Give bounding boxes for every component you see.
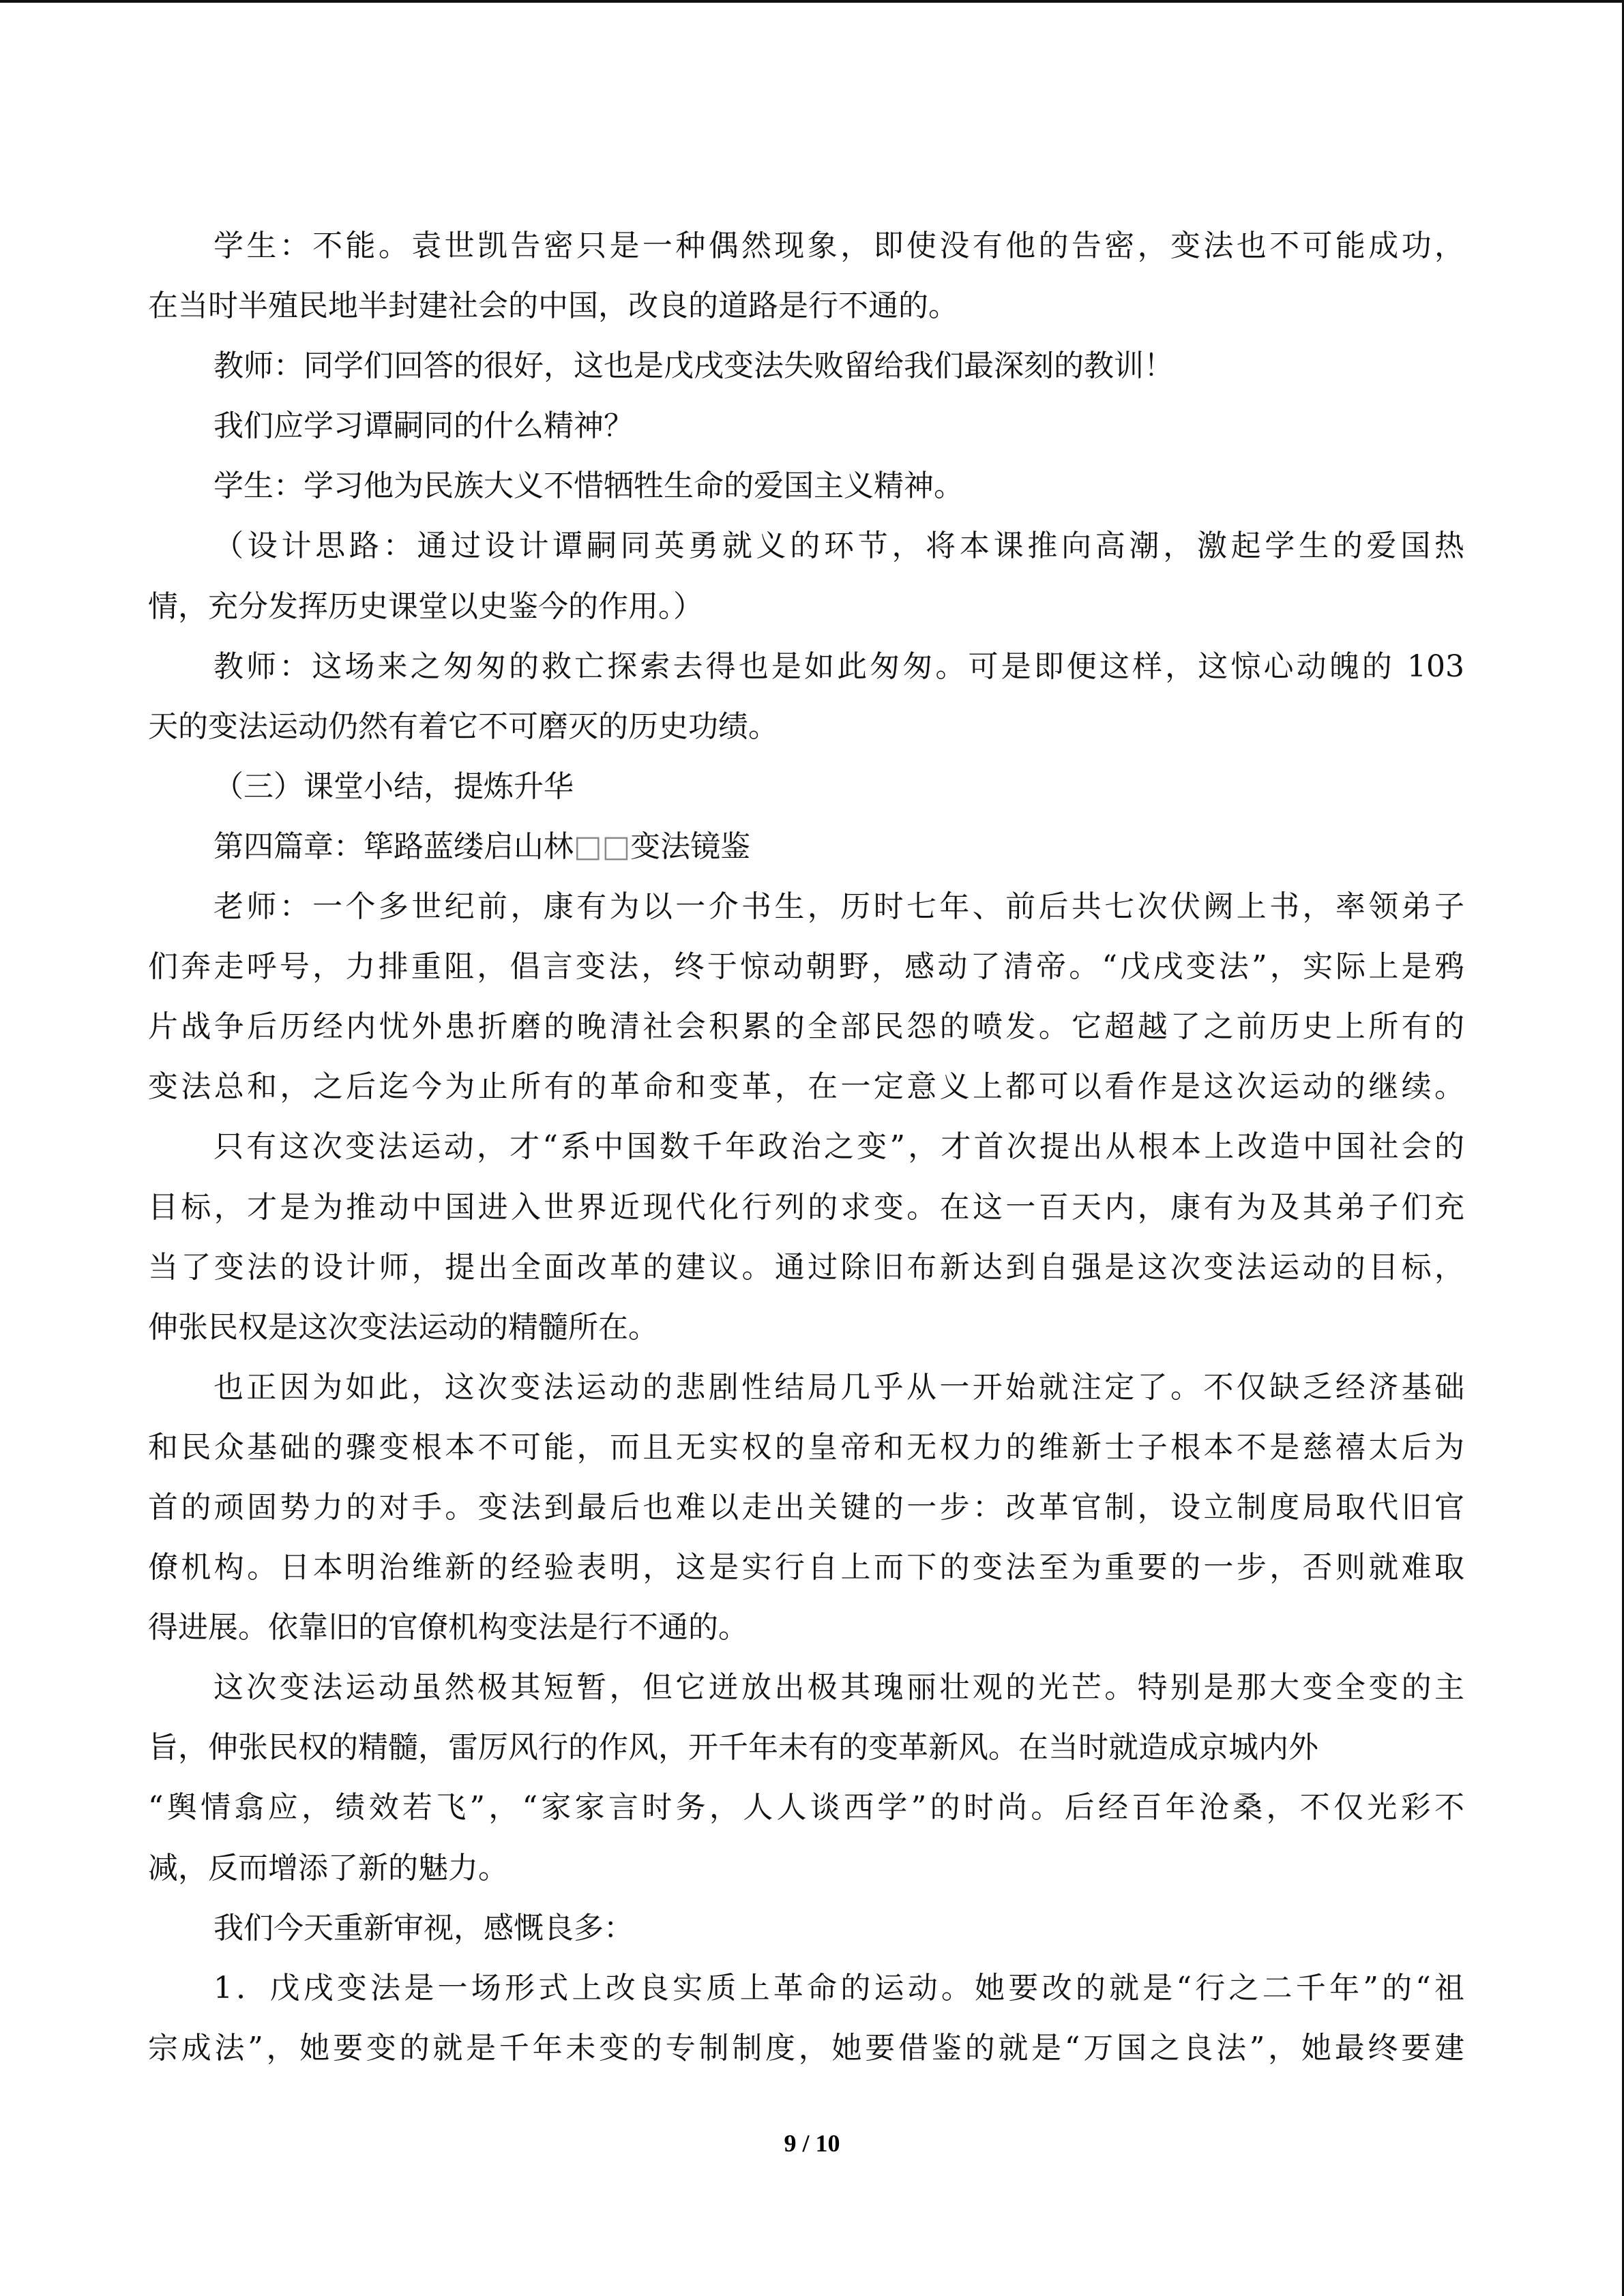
text-line: 变法总和，之后迄今为止所有的革命和变革，在一定意义上都可以看作是这次运动的继续。 xyxy=(148,1057,1464,1117)
line-text: 1．戊戌变法是一场形式上改良实质上革命的运动。她要改的就是“行之二千年”的“祖 xyxy=(213,1971,1464,2006)
text-line: （设计思路：通过设计谭嗣同英勇就义的环节，将本课推向高潮，激起学生的爱国热 xyxy=(148,516,1464,576)
line-text: 也正因为如此，这次变法运动的悲剧性结局几乎从一开始就注定了。不仅缺乏经济基础 xyxy=(213,1370,1464,1405)
text-line: 学生：不能。袁世凯告密只是一种偶然现象，即使没有他的告密，变法也不可能成功， xyxy=(148,216,1464,276)
text-line: 情，充分发挥历史课堂以史鉴今的作用。） xyxy=(148,577,1464,637)
line-text: 片战争后历经内忧外患折磨的晚清社会积累的全部民怨的喷发。它超越了之前历史上所有的 xyxy=(148,1009,1464,1044)
line-text: （三）课堂小结，提炼升华 xyxy=(213,769,574,804)
line-text: 宗成法”，她要变的就是千年未变的专制制度，她要借鉴的就是“万国之良法”，她最终要… xyxy=(148,2031,1464,2066)
text-line: 这次变法运动虽然极其短暂，但它迸放出极其瑰丽壮观的光芒。特别是那大变全变的主 xyxy=(148,1658,1464,1718)
text-line: （三）课堂小结，提炼升华 xyxy=(148,757,1464,817)
line-text: 得进展。依靠旧的官僚机构变法是行不通的。 xyxy=(148,1610,748,1645)
text-line: 只有这次变法运动，才“系中国数千年政治之变”，才首次提出从根本上改造中国社会的 xyxy=(148,1117,1464,1177)
text-line: 减，反而增添了新的魅力。 xyxy=(148,1838,1464,1898)
text-line: 们奔走呼号，力排重阻，倡言变法，终于惊动朝野，感动了清帝。“戊戌变法”，实际上是… xyxy=(148,937,1464,997)
text-line: 学生：学习他为民族大义不惜牺牲生命的爱国主义精神。 xyxy=(148,456,1464,516)
text-line: 宗成法”，她要变的就是千年未变的专制制度，她要借鉴的就是“万国之良法”，她最终要… xyxy=(148,2018,1464,2078)
text-line: 伸张民权是这次变法运动的精髓所在。 xyxy=(148,1298,1464,1358)
line-text: 首的顽固势力的对手。变法到最后也难以走出关键的一步：改革官制，设立制度局取代旧官 xyxy=(148,1490,1464,1525)
line-text: 目标，才是为推动中国进入世界近现代化行列的求变。在这一百天内，康有为及其弟子们充 xyxy=(148,1190,1464,1225)
text-line: 天的变法运动仍然有着它不可磨灭的历史功绩。 xyxy=(148,697,1464,757)
line-text: 我们今天重新审视，感慨良多： xyxy=(213,1911,634,1945)
text-line: 在当时半殖民地半封建社会的中国，改良的道路是行不通的。 xyxy=(148,276,1464,336)
text-line: 1．戊戌变法是一场形式上改良实质上革命的运动。她要改的就是“行之二千年”的“祖 xyxy=(148,1958,1464,2018)
body-text: 学生：不能。袁世凯告密只是一种偶然现象，即使没有他的告密，变法也不可能成功，在当… xyxy=(148,216,1464,2078)
line-text: 教师：同学们回答的很好，这也是戊戌变法失败留给我们最深刻的教训！ xyxy=(213,348,1174,383)
line-text: 减，反而增添了新的魅力。 xyxy=(148,1851,508,1885)
text-line: 目标，才是为推动中国进入世界近现代化行列的求变。在这一百天内，康有为及其弟子们充 xyxy=(148,1178,1464,1238)
missing-glyph-box: □□ xyxy=(574,829,630,864)
text-line: 得进展。依靠旧的官僚机构变法是行不通的。 xyxy=(148,1598,1464,1658)
line-text: 情，充分发挥历史课堂以史鉴今的作用。） xyxy=(148,589,703,624)
text-line: 和民众基础的骤变根本不可能，而且无实权的皇帝和无权力的维新士子根本不是慈禧太后为 xyxy=(148,1418,1464,1478)
line-text: 们奔走呼号，力排重阻，倡言变法，终于惊动朝野，感动了清帝。“戊戌变法”，实际上是… xyxy=(148,949,1464,984)
line-text: 天的变法运动仍然有着它不可磨灭的历史功绩。 xyxy=(148,709,778,744)
text-line: 教师：同学们回答的很好，这也是戊戌变法失败留给我们最深刻的教训！ xyxy=(148,336,1464,396)
line-text: 我们应学习谭嗣同的什么精神？ xyxy=(213,408,634,443)
line-text: 在当时半殖民地半封建社会的中国，改良的道路是行不通的。 xyxy=(148,288,958,323)
text-line: 片战争后历经内忧外患折磨的晚清社会积累的全部民怨的喷发。它超越了之前历史上所有的 xyxy=(148,997,1464,1057)
text-line: 首的顽固势力的对手。变法到最后也难以走出关键的一步：改革官制，设立制度局取代旧官 xyxy=(148,1478,1464,1538)
line-text: 伸张民权是这次变法运动的精髓所在。 xyxy=(148,1310,658,1345)
page-number: 9 / 10 xyxy=(0,2129,1624,2158)
line-text: “舆情翕应，绩效若飞”，“家家言时务，人人谈西学”的时尚。后经百年沧桑，不仅光彩… xyxy=(148,1790,1464,1825)
text-line: 第四篇章：筚路蓝缕启山林□□变法镜鉴 xyxy=(148,817,1464,877)
line-text: 教师：这场来之匆匆的救亡探索去得也是如此匆匆。可是即便这样，这惊心动魄的 103 xyxy=(213,649,1464,684)
line-text: 学生：不能。袁世凯告密只是一种偶然现象，即使没有他的告密，变法也不可能成功， xyxy=(213,228,1464,263)
text-line: 我们今天重新审视，感慨良多： xyxy=(148,1898,1464,1958)
document-page: 学生：不能。袁世凯告密只是一种偶然现象，即使没有他的告密，变法也不可能成功，在当… xyxy=(0,0,1624,2296)
line-text: 只有这次变法运动，才“系中国数千年政治之变”，才首次提出从根本上改造中国社会的 xyxy=(213,1129,1464,1164)
line-text: 当了变法的设计师，提出全面改革的建议。通过除旧布新达到自强是这次变法运动的目标， xyxy=(148,1250,1464,1285)
text-line: “舆情翕应，绩效若飞”，“家家言时务，人人谈西学”的时尚。后经百年沧桑，不仅光彩… xyxy=(148,1778,1464,1838)
line-text: 老师：一个多世纪前，康有为以一介书生，历时七年、前后共七次伏阙上书，率领弟子 xyxy=(213,889,1464,924)
line-text: 第四篇章：筚路蓝缕启山林 xyxy=(213,829,574,864)
line-text: 这次变法运动虽然极其短暂，但它迸放出极其瑰丽壮观的光芒。特别是那大变全变的主 xyxy=(213,1670,1464,1705)
text-line: 老师：一个多世纪前，康有为以一介书生，历时七年、前后共七次伏阙上书，率领弟子 xyxy=(148,877,1464,937)
text-line: 也正因为如此，这次变法运动的悲剧性结局几乎从一开始就注定了。不仅缺乏经济基础 xyxy=(148,1358,1464,1418)
text-line: 当了变法的设计师，提出全面改革的建议。通过除旧布新达到自强是这次变法运动的目标， xyxy=(148,1238,1464,1298)
text-line: 我们应学习谭嗣同的什么精神？ xyxy=(148,396,1464,456)
line-text: 变法总和，之后迄今为止所有的革命和变革，在一定意义上都可以看作是这次运动的继续。 xyxy=(148,1069,1464,1104)
line-text: 和民众基础的骤变根本不可能，而且无实权的皇帝和无权力的维新士子根本不是慈禧太后为 xyxy=(148,1430,1464,1465)
text-line: 旨，伸张民权的精髓，雷厉风行的作风，开千年未有的变革新风。在当时就造成京城内外 xyxy=(148,1718,1464,1778)
line-text: 学生：学习他为民族大义不惜牺牲生命的爱国主义精神。 xyxy=(213,468,964,503)
text-line: 僚机构。日本明治维新的经验表明，这是实行自上而下的变法至为重要的一步，否则就难取 xyxy=(148,1538,1464,1598)
line-text-after: 变法镜鉴 xyxy=(630,829,750,864)
line-text: 旨，伸张民权的精髓，雷厉风行的作风，开千年未有的变革新风。在当时就造成京城内外 xyxy=(148,1730,1318,1765)
line-text: （设计思路：通过设计谭嗣同英勇就义的环节，将本课推向高潮，激起学生的爱国热 xyxy=(213,528,1464,563)
text-line: 教师：这场来之匆匆的救亡探索去得也是如此匆匆。可是即便这样，这惊心动魄的 103 xyxy=(148,637,1464,697)
line-text: 僚机构。日本明治维新的经验表明，这是实行自上而下的变法至为重要的一步，否则就难取 xyxy=(148,1550,1464,1585)
